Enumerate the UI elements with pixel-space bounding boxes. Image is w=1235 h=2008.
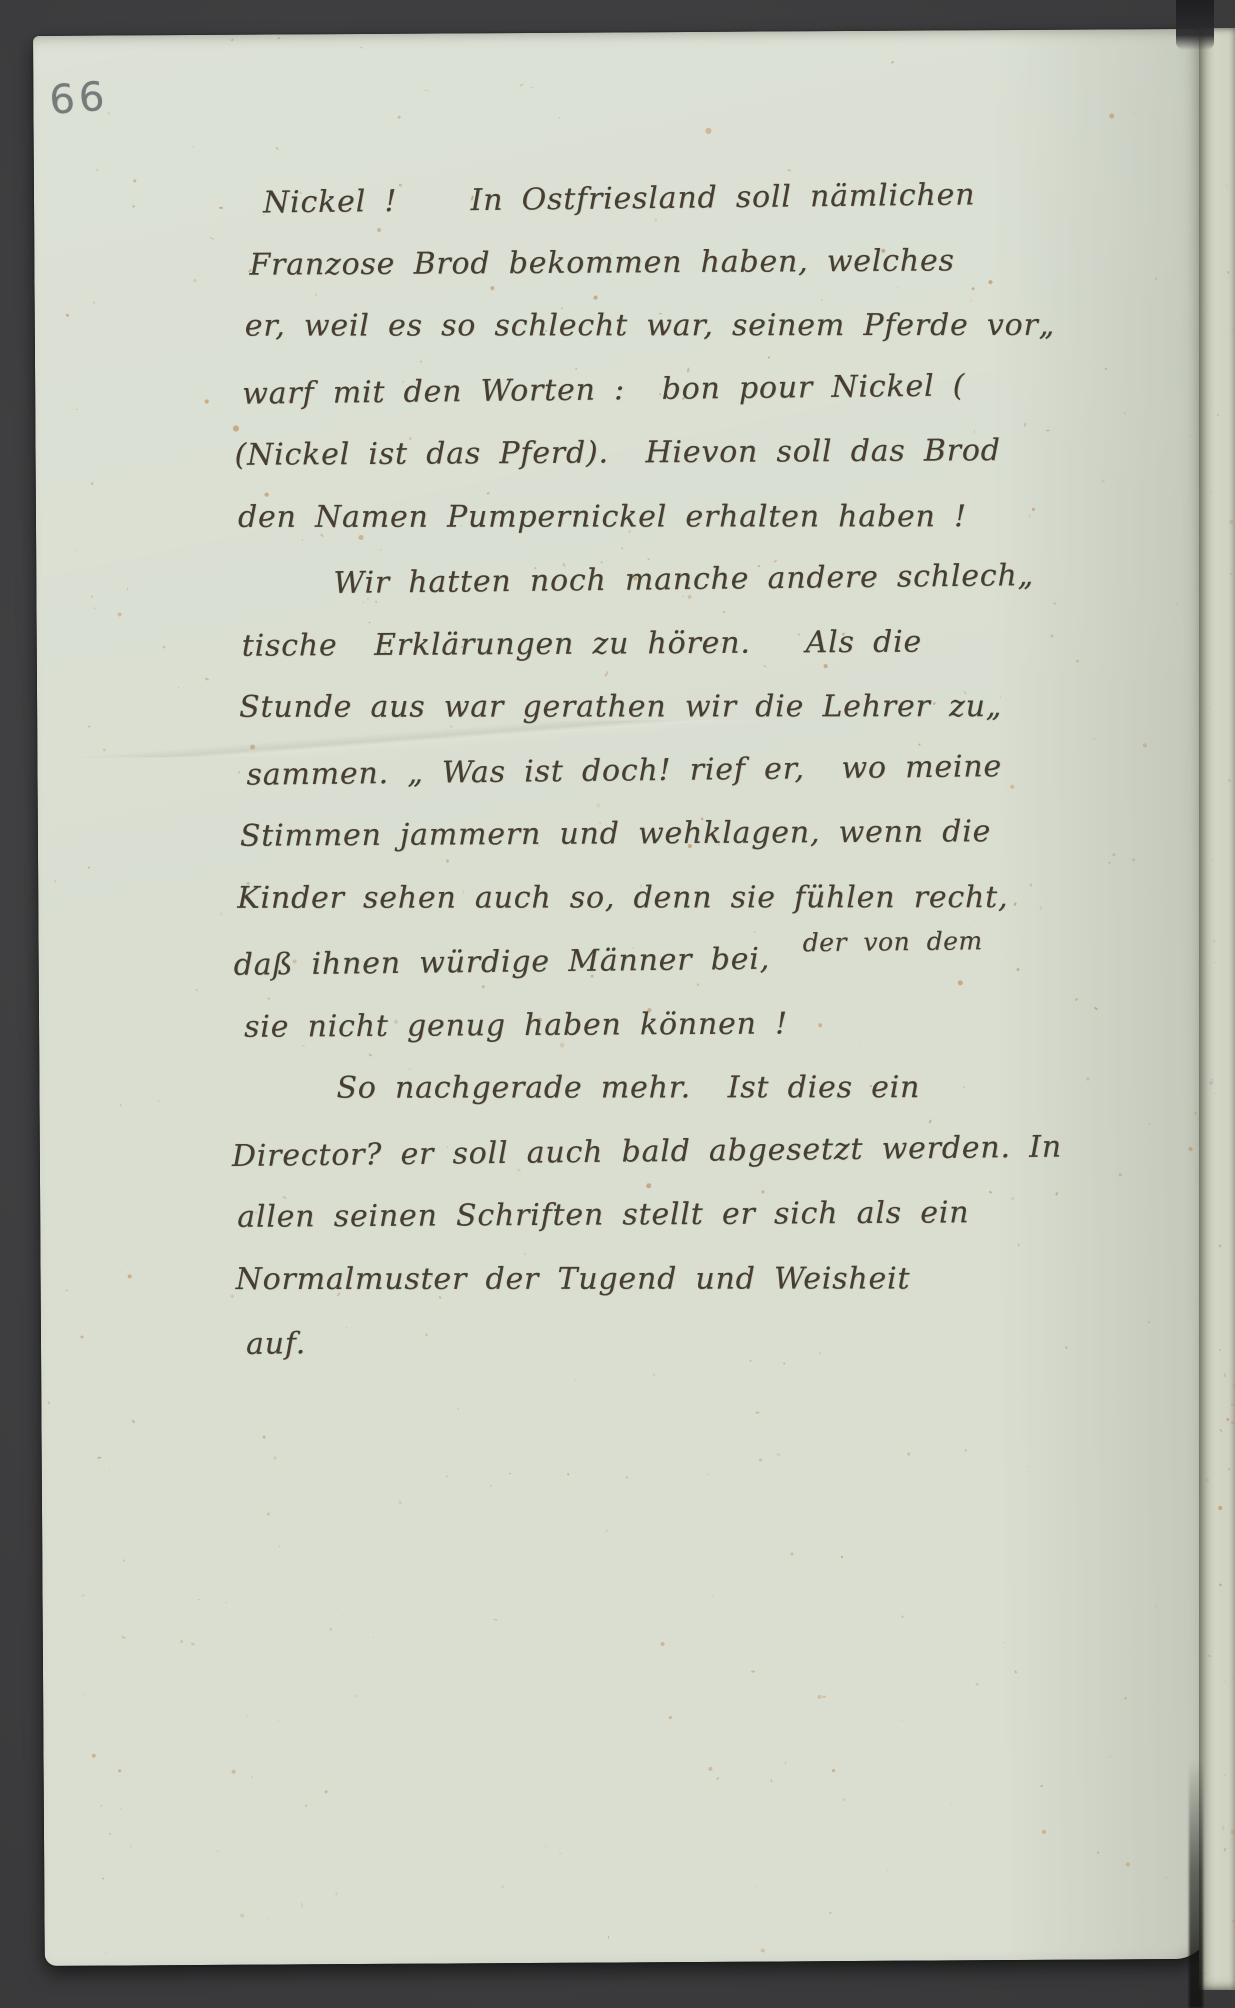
page-gap-shadow — [1189, 1760, 1203, 2008]
manuscript-line: sammen. „ Was ist doch! rief er, wo mein… — [246, 749, 1002, 793]
manuscript-line: daß ihnen würdige Männer bei, der von de… — [233, 939, 983, 982]
handwriting-text-block: Nickel ! In Ostfriesland soll nämlichenF… — [196, 179, 1004, 1484]
manuscript-line: Nickel ! In Ostfriesland soll nämlichen — [263, 177, 976, 220]
manuscript-line: So nachgerade mehr. Ist dies ein — [336, 1070, 920, 1106]
scan-background: 66 Nickel ! In Ostfriesland soll nämlich… — [0, 0, 1235, 2008]
manuscript-line: Wir hatten noch manche andere schlech„ — [333, 558, 1034, 601]
manuscript-line: Stunde aus war gerathen wir die Lehrer z… — [239, 689, 1002, 725]
manuscript-line: warf mit den Worten : bon pour Nickel ( — [242, 368, 965, 411]
manuscript-line: Normalmuster der Tugend und Weisheit — [236, 1261, 911, 1297]
manuscript-line: den Namen Pumpernickel erhalten haben ! — [238, 499, 967, 535]
page-edge-notch-shadow — [1176, 0, 1214, 50]
gutter-texture-specks — [1199, 28, 1235, 1990]
manuscript-line: (Nickel ist das Pferd). Hievon soll das … — [234, 433, 1000, 473]
manuscript-line: tische Erklärungen zu hören. Als die — [242, 625, 922, 664]
manuscript-line: auf. — [246, 1326, 306, 1362]
binding-gutter-strip — [1199, 28, 1235, 1990]
manuscript-page: 66 Nickel ! In Ostfriesland soll nämlich… — [33, 29, 1211, 1966]
interlinear-insertion: der von dem — [770, 926, 983, 957]
manuscript-line: Kinder sehen auch so, denn sie fühlen re… — [237, 880, 1008, 916]
manuscript-line: Franzose Brod bekommen haben, welches — [249, 243, 954, 282]
manuscript-line: allen seinen Schriften stellt er sich al… — [237, 1195, 969, 1234]
manuscript-line: sie nicht genug haben können ! — [244, 1006, 788, 1044]
page-number: 66 — [48, 74, 110, 124]
manuscript-line: Stimmen jammern und wehklagen, wenn die — [240, 814, 991, 854]
manuscript-line: Director? er soll auch bald abgesetzt we… — [232, 1130, 1062, 1174]
manuscript-line: er, weil es so schlecht war, seinem Pfer… — [245, 308, 1055, 344]
